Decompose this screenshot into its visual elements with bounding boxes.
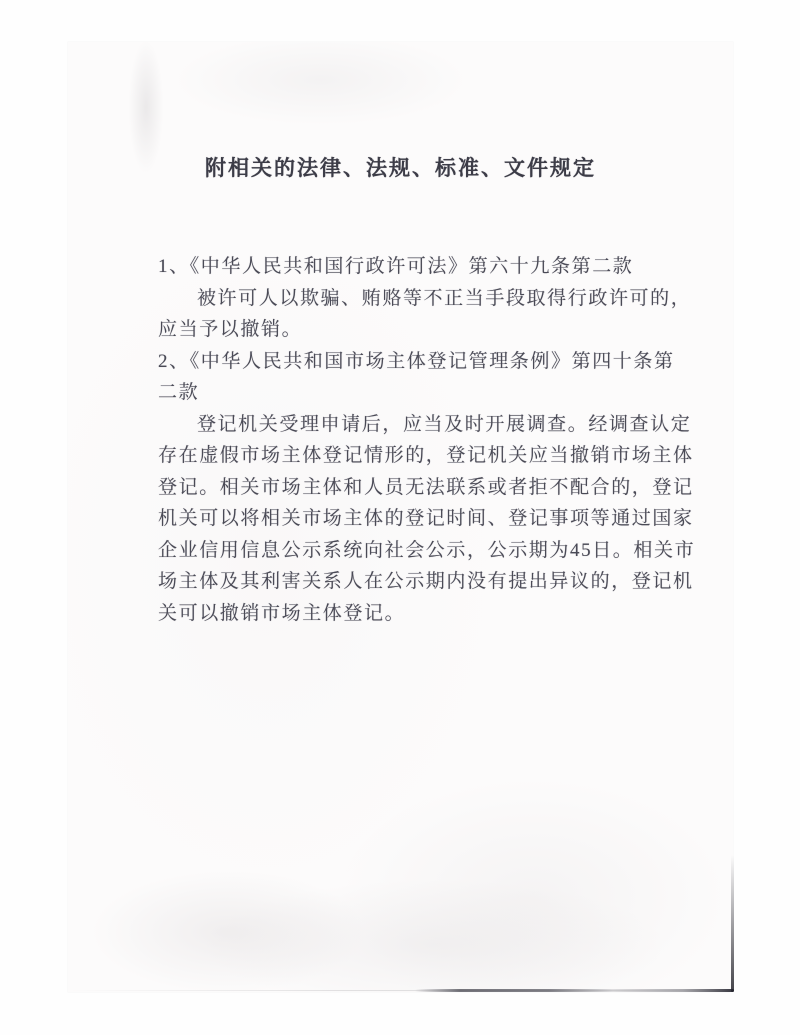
text-line: 登记机关受理申请后，应当及时开展调查。经调查认定 [158, 409, 663, 441]
text-line: 机关可以将相关市场主体的登记时间、登记事项等通过国家 [158, 503, 663, 535]
paper-edge-shadow-right [731, 855, 734, 992]
text-line: 2、《中华人民共和国市场主体登记管理条例》第四十条第 [158, 346, 663, 378]
text-line: 存在虚假市场主体登记情形的，登记机关应当撤销市场主体 [158, 440, 663, 472]
text-line: 应当予以撤销。 [158, 314, 663, 346]
text-line: 企业信用信息公示系统向社会公示，公示期为45日。相关市 [158, 535, 663, 567]
document-body: 1、《中华人民共和国行政许可法》第六十九条第二款被许可人以欺骗、贿赂等不正当手段… [158, 251, 663, 629]
document-title: 附相关的法律、法规、标准、文件规定 [68, 152, 733, 182]
text-line: 被许可人以欺骗、贿赂等不正当手段取得行政许可的， [158, 283, 663, 315]
text-line: 关可以撤销市场主体登记。 [158, 598, 663, 630]
scanned-document-page: 附相关的法律、法规、标准、文件规定 1、《中华人民共和国行政许可法》第六十九条第… [0, 0, 800, 1035]
text-line: 1、《中华人民共和国行政许可法》第六十九条第二款 [158, 251, 663, 283]
text-line: 登记。相关市场主体和人员无法联系或者拒不配合的，登记 [158, 472, 663, 504]
paper-edge-shadow-bottom [415, 989, 734, 992]
text-line: 二款 [158, 377, 663, 409]
text-line: 场主体及其利害关系人在公示期内没有提出异议的，登记机 [158, 566, 663, 598]
paper-sheet: 附相关的法律、法规、标准、文件规定 1、《中华人民共和国行政许可法》第六十九条第… [68, 42, 733, 992]
